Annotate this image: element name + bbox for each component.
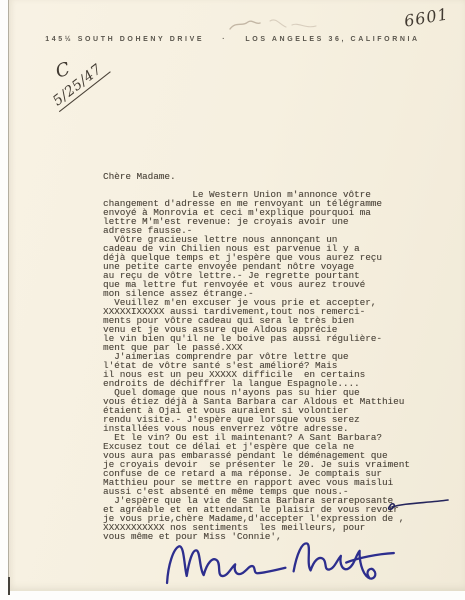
scan-edge-mark xyxy=(8,577,10,595)
letter-body: Chère Madame. Le Western Union m'annonce… xyxy=(103,172,410,541)
ink-correction-stroke xyxy=(384,497,452,513)
letter-line: Chère Madame. xyxy=(103,172,410,181)
pencil-squiggle xyxy=(226,13,322,41)
